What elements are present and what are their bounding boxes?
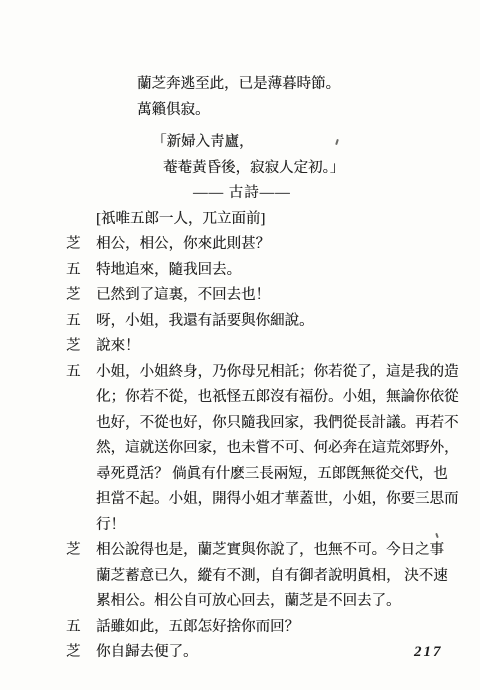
line-text: 也好，不從也好，你只隨我回家，我們從長計議。再若不 bbox=[96, 415, 459, 431]
line-text: 說來！ bbox=[96, 338, 140, 354]
speaker-label: 五 bbox=[66, 258, 81, 284]
line-text: 担當不起。小姐，開得小姐才華蓋世，小姐，你要三思而 bbox=[96, 491, 459, 507]
line-text: 小姐，小姐終身，乃你母兄相託；你若從了，這是我的造 bbox=[96, 364, 459, 380]
dialogue-line: 五小姐，小姐終身，乃你母兄相託；你若從了，這是我的造 bbox=[0, 360, 480, 386]
speaker-label: 芝 bbox=[66, 232, 81, 258]
line-text: 相公說得也是，蘭芝實與你說了，也無不可。今日之事 bbox=[96, 542, 444, 558]
text-line: 也好，不從也好，你只隨我回家，我們從長計議。再若不 bbox=[0, 411, 480, 437]
speaker-label: 五 bbox=[66, 309, 81, 335]
dialogue-line: 芝說來！ bbox=[0, 334, 480, 360]
text-line: 尋死覓活？ 倘眞有什麽三長兩短，五郎旣無從交代，也 bbox=[0, 462, 480, 488]
text-line: 累相公。相公自可放心回去，蘭芝是不回去了。 bbox=[0, 589, 480, 615]
dialogue-line: 芝相公，相公，你來此則甚？ bbox=[0, 232, 480, 258]
line-text: 特地追來，隨我回去。 bbox=[96, 262, 241, 278]
text-line: 蘭芝蓄意已久，縱有不測，自有御者說明眞相， 決不速 bbox=[0, 564, 480, 590]
speaker-label: 芝 bbox=[66, 538, 81, 564]
speaker-label: 五 bbox=[66, 615, 81, 641]
line-text: 相公，相公，你來此則甚？ bbox=[96, 236, 270, 252]
text-line: 然，這就送你回家，也未嘗不可、何必奔在這荒郊野外， bbox=[0, 436, 480, 462]
text-line: —— 古詩—— bbox=[0, 181, 480, 207]
speaker-label: 芝 bbox=[66, 334, 81, 360]
text-line: 「新婦入靑廬， bbox=[0, 130, 480, 156]
line-text: 行！ bbox=[96, 517, 125, 533]
line-text: 萬籟俱寂。 bbox=[137, 102, 210, 118]
speaker-label: 芝 bbox=[66, 640, 81, 666]
text-line: 萬籟俱寂。 bbox=[0, 98, 480, 124]
dialogue-line: 五呀，小姐，我還有話要與你細說。 bbox=[0, 309, 480, 335]
line-text: 「新婦入靑廬， bbox=[152, 134, 254, 150]
line-text: 已然到了這裏，不回去也！ bbox=[96, 287, 270, 303]
text-line: 菴菴黃昏後，寂寂人定初。」 bbox=[0, 156, 480, 182]
line-text: 蘭芝蓄意已久，縱有不測，自有御者說明眞相， 決不速 bbox=[96, 568, 448, 584]
dialogue-line: 芝已然到了這裏，不回去也！ bbox=[0, 283, 480, 309]
line-text: —— 古詩—— bbox=[193, 185, 291, 201]
text-body: 蘭芝奔逃至此，已是薄暮時節。萬籟俱寂。「新婦入靑廬，菴菴黃昏後，寂寂人定初。」—… bbox=[0, 72, 480, 666]
line-text: 菴菴黃昏後，寂寂人定初。」 bbox=[163, 160, 344, 176]
line-text: 然，這就送你回家，也未嘗不可、何必奔在這荒郊野外， bbox=[96, 440, 459, 456]
text-line: 行！ bbox=[0, 513, 480, 539]
speaker-label: 芝 bbox=[66, 283, 81, 309]
speaker-label: 五 bbox=[66, 360, 81, 386]
line-text: [祇唯五郎一人，兀立面前] bbox=[96, 211, 265, 227]
line-text: 累相公。相公自可放心回去，蘭芝是不回去了。 bbox=[96, 593, 401, 609]
dialogue-line: 五話雖如此，五郎怎好捨你而回？ bbox=[0, 615, 480, 641]
dialogue-line: 芝你自歸去便了。 bbox=[0, 640, 480, 666]
text-line: [祇唯五郎一人，兀立面前] bbox=[0, 207, 480, 233]
line-text: 你自歸去便了。 bbox=[96, 644, 198, 660]
line-text: 化；你若不從，也祇怪五郎沒有福份。小姐，無論你依從 bbox=[96, 389, 459, 405]
line-text: 蘭芝奔逃至此，已是薄暮時節。 bbox=[137, 76, 340, 92]
page-number: 217 bbox=[414, 644, 443, 661]
line-text: 尋死覓活？ 倘眞有什麽三長兩短，五郎旣無從交代，也 bbox=[96, 466, 448, 482]
text-line: 化；你若不從，也祇怪五郎沒有福份。小姐，無論你依從 bbox=[0, 385, 480, 411]
line-text: 話雖如此，五郎怎好捨你而回？ bbox=[96, 619, 299, 635]
text-line: 蘭芝奔逃至此，已是薄暮時節。 bbox=[0, 72, 480, 98]
dialogue-line: 五特地追來，隨我回去。 bbox=[0, 258, 480, 284]
book-page: 蘭芝奔逃至此，已是薄暮時節。萬籟俱寂。「新婦入靑廬，菴菴黃昏後，寂寂人定初。」—… bbox=[0, 0, 480, 690]
dialogue-line: 芝相公說得也是，蘭芝實與你說了，也無不可。今日之事 bbox=[0, 538, 480, 564]
text-line: 担當不起。小姐，開得小姐才華蓋世，小姐，你要三思而 bbox=[0, 487, 480, 513]
line-text: 呀，小姐，我還有話要與你細說。 bbox=[96, 313, 314, 329]
